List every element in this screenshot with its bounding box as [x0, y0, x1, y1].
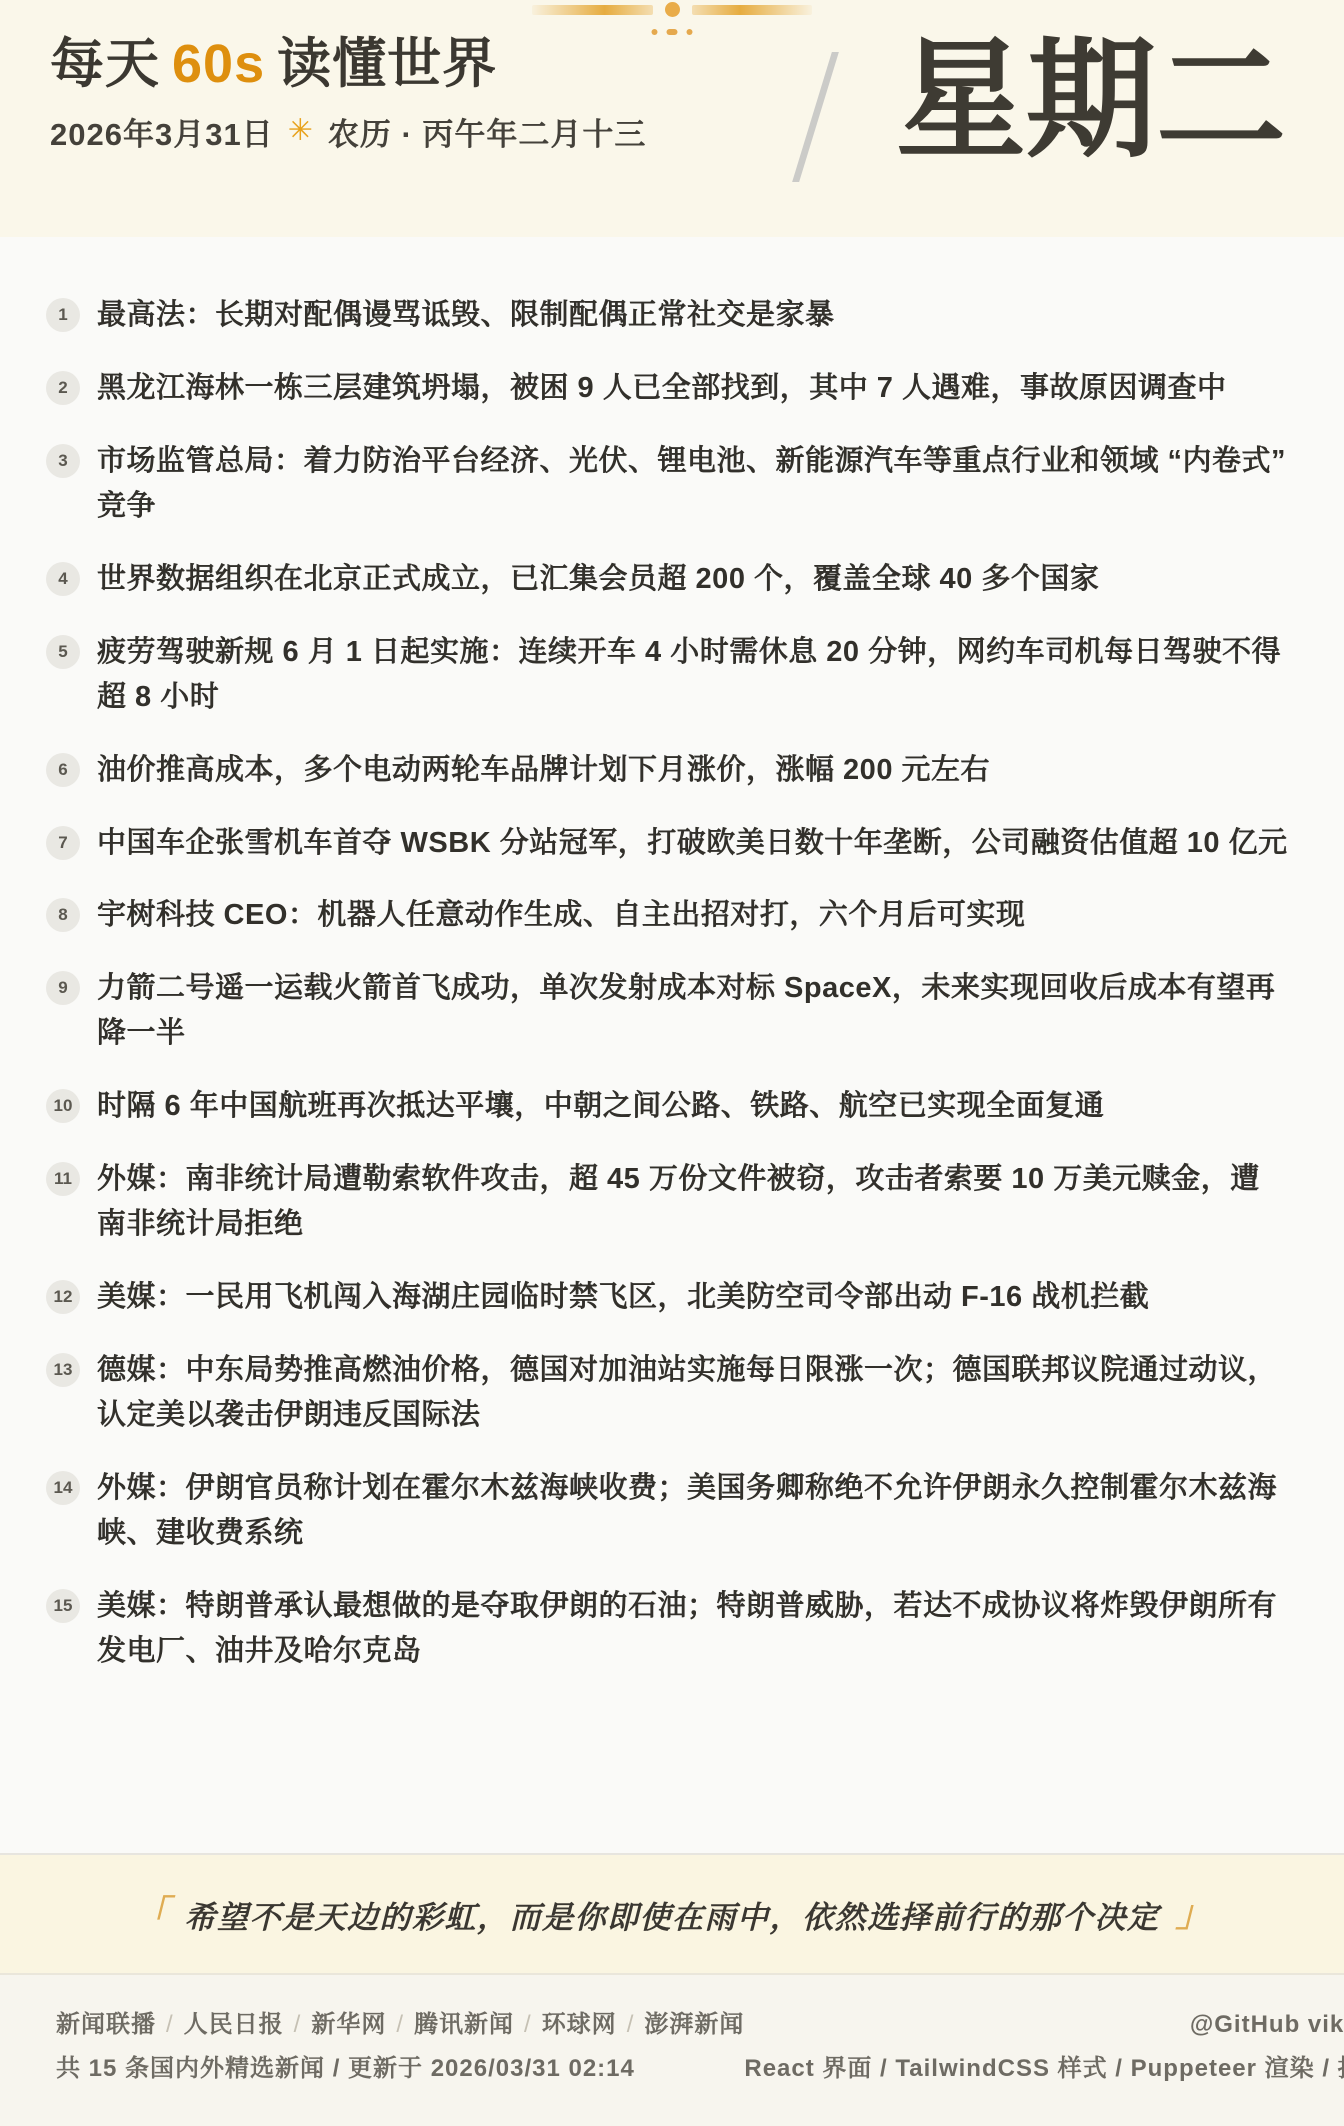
dot-icon	[687, 29, 693, 35]
footer-left: 新闻联播/人民日报/新华网/腾讯新闻/环球网/澎湃新闻 共 15 条国内外精选新…	[56, 2009, 744, 2084]
news-item-text: 力箭二号遥一运载火箭首飞成功，单次发射成本对标 SpaceX，未来实现回收后成本…	[97, 966, 1289, 1056]
news-item-text: 美媒：一民用飞机闯入海湖庄园临时禁飞区，北美防空司令部出动 F-16 战机拦截	[97, 1275, 1149, 1320]
daily-quote: 「 希望不是天边的彩虹，而是你即使在雨中，依然选择前行的那个决定 」	[0, 1853, 1344, 1975]
news-item-text: 黑龙江海林一栋三层建筑坍塌，被困 9 人已全部找到，其中 7 人遇难，事故原因调…	[97, 366, 1227, 411]
weekday-label: 星期二	[896, 22, 1286, 178]
footer-github: @GitHub vikiboss/60s	[1190, 2009, 1344, 2040]
title-prefix: 每天	[50, 34, 160, 94]
dot-icon	[652, 29, 658, 35]
news-item: 4世界数据组织在北京正式成立，已汇集会员超 200 个，覆盖全球 40 多个国家	[46, 557, 1294, 602]
news-item-text: 市场监管总局：着力防治平台经济、光伏、锂电池、新能源汽车等重点行业和领域 “内卷…	[97, 439, 1289, 529]
gregorian-date: 2026年3月31日	[50, 109, 274, 154]
news-item: 7中国车企张雪机车首夺 WSBK 分站冠军，打破欧美日数十年垄断，公司融资估值超…	[46, 821, 1294, 866]
footer-summary: 共 15 条国内外精选新闻 / 更新于 2026/03/31 02:14	[56, 2053, 744, 2084]
footer-source-separator: /	[524, 2011, 532, 2038]
news-item-text: 美媒：特朗普承认最想做的是夺取伊朗的石油；特朗普威胁，若达不成协议将炸毁伊朗所有…	[97, 1584, 1289, 1674]
header-left: 每天60s读懂世界 2026年3月31日 ✳ 农历 · 丙午年二月十三	[50, 32, 646, 154]
footer-source: 环球网	[542, 2011, 617, 2038]
dot-icon	[667, 29, 678, 35]
footer-source-separator: /	[166, 2011, 174, 2038]
news-item-text: 外媒：南非统计局遭勒索软件攻击，超 45 万份文件被窃，攻击者索要 10 万美元…	[97, 1157, 1289, 1247]
footer-sources: 新闻联播/人民日报/新华网/腾讯新闻/环球网/澎湃新闻	[56, 2009, 744, 2040]
item-number-badge: 14	[46, 1471, 80, 1505]
footer-source: 新闻联播	[56, 2011, 156, 2038]
news-item: 6油价推高成本，多个电动两轮车品牌计划下月涨价，涨幅 200 元左右	[46, 748, 1294, 793]
header: 每天60s读懂世界 2026年3月31日 ✳ 农历 · 丙午年二月十三 星期二	[0, 0, 1344, 237]
slash-divider	[792, 52, 839, 182]
footer-source: 澎湃新闻	[644, 2011, 744, 2038]
ornament-bar-right-icon	[692, 5, 813, 15]
item-number-badge: 4	[46, 562, 80, 596]
footer-right: @GitHub vikiboss/60s React 界面 / Tailwind…	[744, 2009, 1344, 2084]
news-item: 12美媒：一民用飞机闯入海湖庄园临时禁飞区，北美防空司令部出动 F-16 战机拦…	[46, 1275, 1294, 1320]
asterisk-icon: ✳	[288, 116, 314, 146]
news-item-text: 疲劳驾驶新规 6 月 1 日起实施：连续开车 4 小时需休息 20 分钟，网约车…	[97, 630, 1289, 720]
quote-bracket-right: 」	[1176, 1896, 1212, 1932]
news-item-text: 油价推高成本，多个电动两轮车品牌计划下月涨价，涨幅 200 元左右	[97, 748, 990, 793]
news-list: 1最高法：长期对配偶谩骂诋毁、限制配偶正常社交是家暴 2黑龙江海林一栋三层建筑坍…	[46, 293, 1294, 1674]
footer-credits: React 界面 / TailwindCSS 样式 / Puppeteer 渲染…	[744, 2053, 1344, 2084]
footer-source: 新华网	[311, 2011, 386, 2038]
footer-source: 腾讯新闻	[414, 2011, 514, 2038]
footer-source-separator: /	[396, 2011, 404, 2038]
news-item-text: 外媒：伊朗官员称计划在霍尔木兹海峡收费；美国务卿称绝不允许伊朗永久控制霍尔木兹海…	[97, 1466, 1289, 1556]
ornament-bar-left-icon	[532, 5, 653, 15]
news-item-text: 世界数据组织在北京正式成立，已汇集会员超 200 个，覆盖全球 40 多个国家	[97, 557, 1099, 602]
item-number-badge: 12	[46, 1280, 80, 1314]
quote-bracket-left: 「	[132, 1896, 168, 1932]
header-ornament	[532, 2, 812, 17]
footer: 新闻联播/人民日报/新华网/腾讯新闻/环球网/澎湃新闻 共 15 条国内外精选新…	[0, 1975, 1344, 2126]
news-item-text: 中国车企张雪机车首夺 WSBK 分站冠军，打破欧美日数十年垄断，公司融资估值超 …	[97, 821, 1288, 866]
ornament-circle-icon	[665, 2, 680, 17]
footer-source: 人民日报	[184, 2011, 284, 2038]
item-number-badge: 3	[46, 444, 80, 478]
title-suffix: 读懂世界	[277, 34, 497, 94]
item-number-badge: 6	[46, 753, 80, 787]
news-item: 15美媒：特朗普承认最想做的是夺取伊朗的石油；特朗普威胁，若达不成协议将炸毁伊朗…	[46, 1584, 1294, 1674]
item-number-badge: 11	[46, 1162, 80, 1196]
header-ornament-dots	[652, 29, 693, 35]
item-number-badge: 7	[46, 826, 80, 860]
item-number-badge: 9	[46, 971, 80, 1005]
footer-source-separator: /	[294, 2011, 302, 2038]
news-item: 10时隔 6 年中国航班再次抵达平壤，中朝之间公路、铁路、航空已实现全面复通	[46, 1084, 1294, 1129]
news-item-text: 德媒：中东局势推高燃油价格，德国对加油站实施每日限涨一次；德国联邦议院通过动议，…	[97, 1348, 1289, 1438]
news-item: 14外媒：伊朗官员称计划在霍尔木兹海峡收费；美国务卿称绝不允许伊朗永久控制霍尔木…	[46, 1466, 1294, 1556]
news-item: 13德媒：中东局势推高燃油价格，德国对加油站实施每日限涨一次；德国联邦议院通过动…	[46, 1348, 1294, 1438]
footer-source-separator: /	[627, 2011, 635, 2038]
news-item: 1最高法：长期对配偶谩骂诋毁、限制配偶正常社交是家暴	[46, 293, 1294, 338]
item-number-badge: 15	[46, 1589, 80, 1623]
date-row: 2026年3月31日 ✳ 农历 · 丙午年二月十三	[50, 109, 646, 154]
news-item-text: 宇树科技 CEO：机器人任意动作生成、自主出招对打，六个月后可实现	[97, 893, 1025, 938]
news-item: 11外媒：南非统计局遭勒索软件攻击，超 45 万份文件被窃，攻击者索要 10 万…	[46, 1157, 1294, 1247]
news-item: 5疲劳驾驶新规 6 月 1 日起实施：连续开车 4 小时需休息 20 分钟，网约…	[46, 630, 1294, 720]
quote-text: 希望不是天边的彩虹，而是你即使在雨中，依然选择前行的那个决定	[185, 1892, 1160, 1937]
item-number-badge: 5	[46, 635, 80, 669]
news-section: 1最高法：长期对配偶谩骂诋毁、限制配偶正常社交是家暴 2黑龙江海林一栋三层建筑坍…	[0, 237, 1344, 1853]
news-item-text: 最高法：长期对配偶谩骂诋毁、限制配偶正常社交是家暴	[97, 293, 835, 338]
lunar-date: 农历 · 丙午年二月十三	[328, 109, 647, 154]
item-number-badge: 10	[46, 1089, 80, 1123]
news-item-text: 时隔 6 年中国航班再次抵达平壤，中朝之间公路、铁路、航空已实现全面复通	[97, 1084, 1104, 1129]
item-number-badge: 1	[46, 298, 80, 332]
news-item: 2黑龙江海林一栋三层建筑坍塌，被困 9 人已全部找到，其中 7 人遇难，事故原因…	[46, 366, 1294, 411]
item-number-badge: 13	[46, 1353, 80, 1387]
title-accent: 60s	[172, 34, 265, 94]
item-number-badge: 2	[46, 371, 80, 405]
news-item: 3市场监管总局：着力防治平台经济、光伏、锂电池、新能源汽车等重点行业和领域 “内…	[46, 439, 1294, 529]
item-number-badge: 8	[46, 898, 80, 932]
news-item: 8宇树科技 CEO：机器人任意动作生成、自主出招对打，六个月后可实现	[46, 893, 1294, 938]
news-item: 9力箭二号遥一运载火箭首飞成功，单次发射成本对标 SpaceX，未来实现回收后成…	[46, 966, 1294, 1056]
page-title: 每天60s读懂世界	[50, 32, 646, 97]
